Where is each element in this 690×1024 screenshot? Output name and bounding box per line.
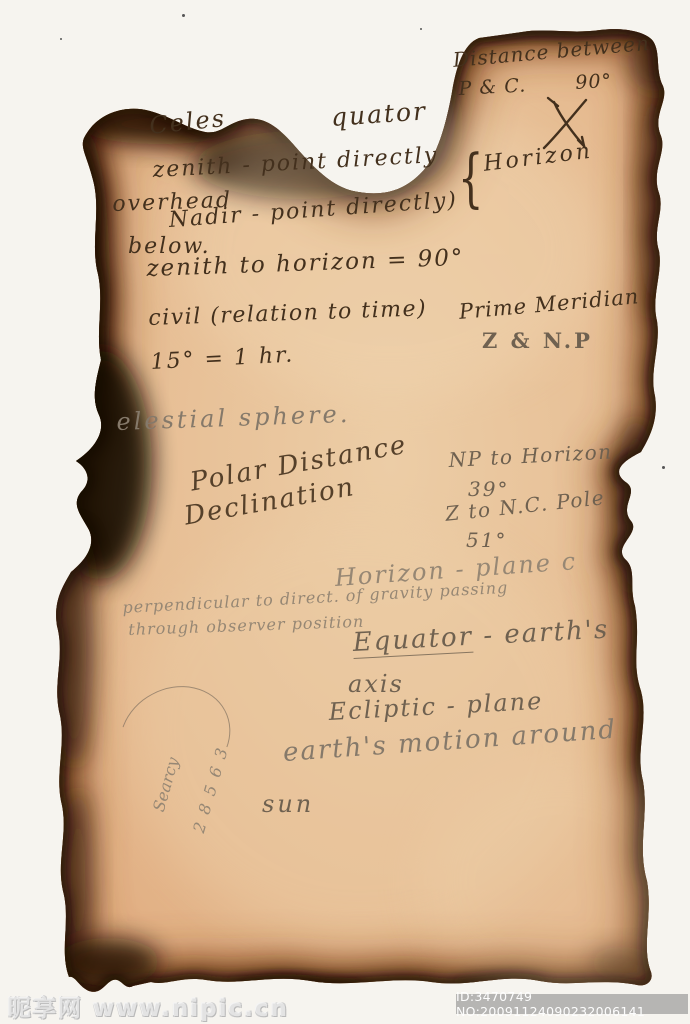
dust-speck bbox=[182, 14, 185, 17]
watermark-site-logo: 昵享网 www.nipic.cn bbox=[8, 990, 289, 1023]
note-sun: sun bbox=[262, 790, 314, 818]
note-equator-word: Equator bbox=[352, 622, 474, 659]
dust-speck bbox=[420, 28, 422, 30]
note-51-degrees: 51° bbox=[466, 528, 507, 552]
note-z-and-np: Z & N.P bbox=[482, 328, 593, 353]
watermark-id-badge: ID:3470749 NO:20091124090232006141 bbox=[456, 994, 688, 1014]
brace-mark: { bbox=[458, 142, 483, 216]
dust-speck bbox=[60, 38, 62, 40]
scanned-document: Distance between P & C. 90° Celes quator… bbox=[0, 0, 690, 1024]
dust-speck bbox=[662, 466, 665, 469]
